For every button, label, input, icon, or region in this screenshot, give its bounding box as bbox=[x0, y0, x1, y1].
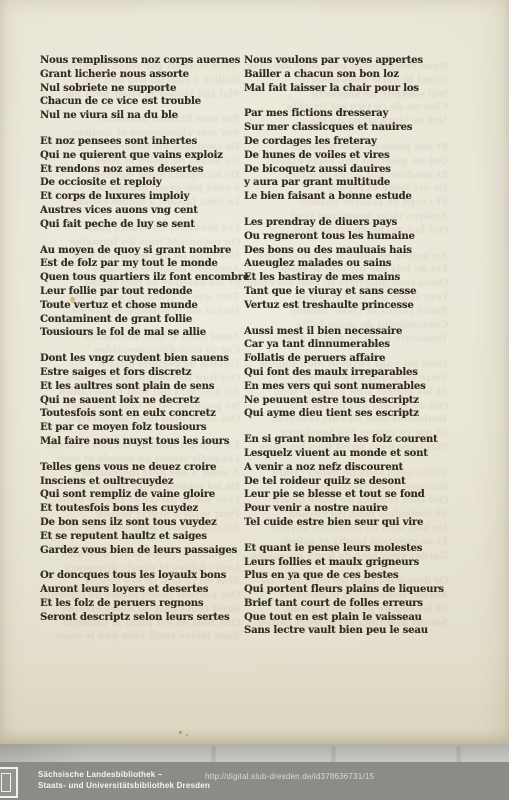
verse-line: Estre saiges et fors discretz bbox=[40, 366, 250, 380]
verse-line: Qui portent fleurs plains de liqueurs bbox=[244, 583, 454, 597]
verse-line: Nul ne viura sil na du ble bbox=[40, 109, 250, 123]
stanza: Au moyen de quoy si grant nombreEst de f… bbox=[40, 244, 250, 341]
slub-logo-icon bbox=[0, 767, 18, 798]
verse-line: Pour venir a nostre nauire bbox=[244, 502, 454, 516]
verse-line: Or doncques tous les loyaulx bons bbox=[40, 569, 250, 583]
verse-line: Qui ne sauent loix ne decretz bbox=[40, 394, 250, 408]
verse-line: Contaminent de grant follie bbox=[40, 313, 250, 327]
verse-line: Nul sobriete ne supporte bbox=[40, 82, 250, 96]
verse-line: Lesquelz viuent au monde et sont bbox=[244, 447, 454, 461]
verse-line: Sans lectre vault bien peu le seau bbox=[244, 624, 454, 638]
library-name-line2: Staats- und Universitätsbibliothek Dresd… bbox=[38, 780, 210, 791]
library-name-line1: Sächsische Landesbibliothek – bbox=[38, 769, 210, 780]
verse-line: Nous remplissons noz corps auernes bbox=[40, 54, 250, 68]
stain bbox=[186, 734, 188, 736]
stanza: Et quant ie pense leurs molestesLeurs fo… bbox=[244, 542, 454, 639]
verse-line: Et toutesfois bons les cuydez bbox=[40, 502, 250, 516]
stanza: Aussi mest il bien necessaireCar ya tant… bbox=[244, 325, 454, 422]
verse-line: Chacun de ce vice est trouble bbox=[40, 95, 250, 109]
verse-line: Et noz pensees sont inhertes bbox=[40, 135, 250, 149]
verse-line: Leur pie se blesse et tout se fond bbox=[244, 488, 454, 502]
verse-line: Et rendons noz ames desertes bbox=[40, 163, 250, 177]
verse-line: Follatis de peruers affaire bbox=[244, 352, 454, 366]
verse-line: Et se reputent haultz et saiges bbox=[40, 530, 250, 544]
verse-line: Par mes fictions dresseray bbox=[244, 107, 454, 121]
verse-line: Qui fait peche de luy se sent bbox=[40, 218, 250, 232]
verse-line: Et quant ie pense leurs molestes bbox=[244, 542, 454, 556]
stanza: Et noz pensees sont inhertesQui ne quier… bbox=[40, 135, 250, 232]
verse-line: y aura par grant multitude bbox=[244, 176, 454, 190]
verse-line: Quen tous quartiers ilz font encombre bbox=[40, 271, 250, 285]
verse-line: Austres vices auons vng cent bbox=[40, 204, 250, 218]
verse-line: Vertuz est treshaulte princesse bbox=[244, 299, 454, 313]
verse-line: Et corps de luxures imploiy bbox=[40, 190, 250, 204]
verse-line: En mes vers qui sont numerables bbox=[244, 380, 454, 394]
verse-line: Plus en ya que de ces bestes bbox=[244, 569, 454, 583]
verse-line: Ou regneront tous les humaine bbox=[244, 230, 454, 244]
verse-line: Ne peuuent estre tous descriptz bbox=[244, 394, 454, 408]
verse-line: Seront descriptz selon leurs sertes bbox=[40, 611, 250, 625]
verse-line: Car ya tant dinnumerables bbox=[244, 338, 454, 352]
slub-logo-mark bbox=[1, 773, 11, 792]
footer-bar: Sächsische Landesbibliothek – Staats- un… bbox=[0, 762, 509, 800]
verse-line: Des bons ou des mauluais hais bbox=[244, 244, 454, 258]
verse-line: Mal faire nous nuyst tous les iours bbox=[40, 435, 250, 449]
verse-line: De tel roideur quilz se desont bbox=[244, 475, 454, 489]
verse-line: Mal fait laisser la chair pour los bbox=[244, 82, 454, 96]
verse-line: Qui ayme dieu tient ses escriptz bbox=[244, 407, 454, 421]
verse-line: Tousiours le fol de mal se allie bbox=[40, 326, 250, 340]
verse-line: Tel cuide estre bien seur qui vire bbox=[244, 516, 454, 530]
verse-line: De occiosite et reploiy bbox=[40, 176, 250, 190]
stain bbox=[70, 297, 75, 303]
verse-line: Qui sont rempliz de vaine gloire bbox=[40, 488, 250, 502]
digitized-manuscript-page: Nous voulons par voyes appertesBailler a… bbox=[0, 0, 509, 800]
verse-line: De cordages les freteray bbox=[244, 135, 454, 149]
library-name: Sächsische Landesbibliothek – Staats- un… bbox=[38, 769, 210, 791]
stanza: Nous remplissons noz corps auernesGrant … bbox=[40, 54, 250, 123]
verse-line: Aueuglez malades ou sains bbox=[244, 257, 454, 271]
text-column-left: Nous remplissons noz corps auernesGrant … bbox=[40, 54, 250, 636]
verse-line: A venir a noz nefz discourent bbox=[244, 461, 454, 475]
verse-line: Qui ne quierent que vains exploiz bbox=[40, 149, 250, 163]
verse-line: Toutesfois sont en eulx concretz bbox=[40, 407, 250, 421]
verse-line: Qui font des maulx irreparables bbox=[244, 366, 454, 380]
verse-line: Brief tant court de folles erreurs bbox=[244, 597, 454, 611]
verse-line: Le bien faisant a bonne estude bbox=[244, 190, 454, 204]
stanza: En si grant nombre les folz courentLesqu… bbox=[244, 433, 454, 530]
stanza: Par mes fictions dresseraySur mer classi… bbox=[244, 107, 454, 204]
verse-line: Les prendray de diuers pays bbox=[244, 216, 454, 230]
verse-line: Est de folz par my tout le monde bbox=[40, 257, 250, 271]
verse-line: Dont les vngz cuydent bien sauens bbox=[40, 352, 250, 366]
stain bbox=[179, 731, 182, 734]
verse-line: Et par ce moyen folz tousiours bbox=[40, 421, 250, 435]
verse-line: Et les aultres sont plain de sens bbox=[40, 380, 250, 394]
stanza: Telles gens vous ne deuez croireInsciens… bbox=[40, 461, 250, 558]
stanza: Dont les vngz cuydent bien sauensEstre s… bbox=[40, 352, 250, 449]
verse-line: Auront leurs loyers et desertes bbox=[40, 583, 250, 597]
source-url: http://digital.slub-dresden.de/id3786367… bbox=[205, 772, 374, 781]
verse-line: Que tout en est plain le vaisseau bbox=[244, 611, 454, 625]
verse-line: De hunes de voiles et vires bbox=[244, 149, 454, 163]
stanza: Les prendray de diuers paysOu regneront … bbox=[244, 216, 454, 313]
verse-line: En si grant nombre les folz courent bbox=[244, 433, 454, 447]
verse-line: Insciens et oultrecuydez bbox=[40, 475, 250, 489]
text-column-right: Nous voulons par voyes appertesBailler a… bbox=[244, 54, 454, 650]
verse-line: Et les folz de peruers regnons bbox=[40, 597, 250, 611]
stanza: Or doncques tous les loyaulx bonsAuront … bbox=[40, 569, 250, 624]
verse-line: Et les bastiray de mes mains bbox=[244, 271, 454, 285]
verse-line: Leurs follies et maulx grigneurs bbox=[244, 556, 454, 570]
verse-line: Bailler a chacun son bon loz bbox=[244, 68, 454, 82]
verse-line: Gardez vous bien de leurs passaiges bbox=[40, 544, 250, 558]
verse-line: Au moyen de quoy si grant nombre bbox=[40, 244, 250, 258]
verse-line: Tant que ie viuray et sans cesse bbox=[244, 285, 454, 299]
verse-line: De bon sens ilz sont tous vuydez bbox=[40, 516, 250, 530]
stanza: Nous voulons par voyes appertesBailler a… bbox=[244, 54, 454, 95]
verse-line: Grant licherie nous assorte bbox=[40, 68, 250, 82]
stain bbox=[146, 411, 150, 415]
verse-line: Telles gens vous ne deuez croire bbox=[40, 461, 250, 475]
verse-line: Aussi mest il bien necessaire bbox=[244, 325, 454, 339]
verse-line: Sur mer classicques et nauires bbox=[244, 121, 454, 135]
verse-line: Nous voulons par voyes appertes bbox=[244, 54, 454, 68]
verse-line: De bicoquetz aussi dauires bbox=[244, 163, 454, 177]
